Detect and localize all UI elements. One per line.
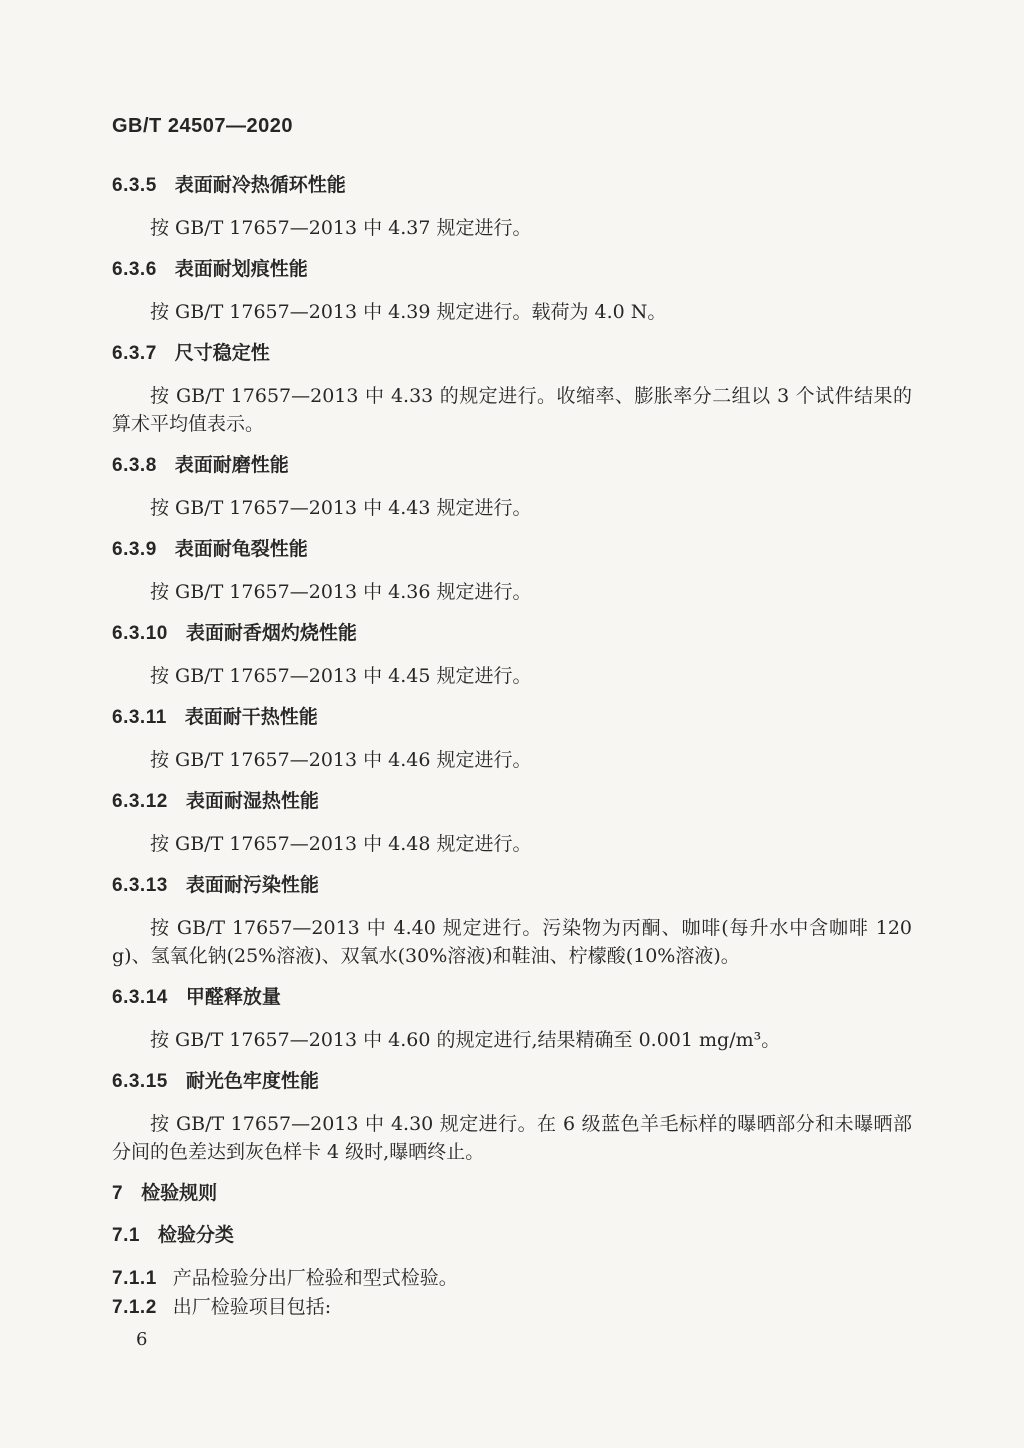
clause-6-3-7: 6.3.7尺寸稳定性 按 GB/T 17657—2013 中 4.33 的规定进… bbox=[112, 340, 912, 438]
clause-6-3-6: 6.3.6表面耐划痕性能 按 GB/T 17657—2013 中 4.39 规定… bbox=[112, 256, 912, 326]
standard-document-page: GB/T 24507—2020 6.3.5表面耐冷热循环性能 按 GB/T 17… bbox=[0, 0, 1024, 1448]
clause-paragraph: 按 GB/T 17657—2013 中 4.48 规定进行。 bbox=[112, 830, 912, 858]
clause-6-3-11: 6.3.11表面耐干热性能 按 GB/T 17657—2013 中 4.46 规… bbox=[112, 704, 912, 774]
clause-heading: 6.3.6表面耐划痕性能 bbox=[112, 256, 912, 284]
clause-paragraph: 按 GB/T 17657—2013 中 4.43 规定进行。 bbox=[112, 494, 912, 522]
clause-paragraph: 按 GB/T 17657—2013 中 4.39 规定进行。载荷为 4.0 N。 bbox=[112, 298, 912, 326]
clause-paragraph: 按 GB/T 17657—2013 中 4.46 规定进行。 bbox=[112, 746, 912, 774]
clause-heading: 6.3.7尺寸稳定性 bbox=[112, 340, 912, 368]
clause-title: 尺寸稳定性 bbox=[175, 343, 270, 364]
clause-title: 耐光色牢度性能 bbox=[186, 1071, 319, 1092]
clause-paragraph: 按 GB/T 17657—2013 中 4.36 规定进行。 bbox=[112, 578, 912, 606]
item-number: 7.1.1 bbox=[112, 1268, 157, 1289]
clause-heading: 6.3.5表面耐冷热循环性能 bbox=[112, 172, 912, 200]
chapter-heading: 7检验规则 bbox=[112, 1180, 912, 1208]
clause-title: 甲醛释放量 bbox=[186, 987, 281, 1008]
subsection-title: 检验分类 bbox=[158, 1225, 234, 1246]
clause-paragraph: 按 GB/T 17657—2013 中 4.60 的规定进行,结果精确至 0.0… bbox=[112, 1026, 912, 1054]
clause-6-3-8: 6.3.8表面耐磨性能 按 GB/T 17657—2013 中 4.43 规定进… bbox=[112, 452, 912, 522]
clause-title: 表面耐污染性能 bbox=[186, 875, 319, 896]
clause-number: 6.3.5 bbox=[112, 175, 157, 196]
clause-heading: 6.3.9表面耐龟裂性能 bbox=[112, 536, 912, 564]
clause-paragraph: 按 GB/T 17657—2013 中 4.45 规定进行。 bbox=[112, 662, 912, 690]
item-text: 产品检验分出厂检验和型式检验。 bbox=[173, 1267, 458, 1289]
clause-title: 表面耐湿热性能 bbox=[186, 791, 319, 812]
clause-heading: 6.3.8表面耐磨性能 bbox=[112, 452, 912, 480]
clause-heading: 6.3.12表面耐湿热性能 bbox=[112, 788, 912, 816]
clause-heading: 6.3.10表面耐香烟灼烧性能 bbox=[112, 620, 912, 648]
clause-title: 表面耐香烟灼烧性能 bbox=[186, 623, 357, 644]
clause-6-3-12: 6.3.12表面耐湿热性能 按 GB/T 17657—2013 中 4.48 规… bbox=[112, 788, 912, 858]
clause-number: 6.3.14 bbox=[112, 987, 168, 1008]
clause-title: 表面耐划痕性能 bbox=[175, 259, 308, 280]
page-number: 6 bbox=[136, 1326, 912, 1354]
clause-heading: 6.3.15耐光色牢度性能 bbox=[112, 1068, 912, 1096]
subsection-number: 7.1 bbox=[112, 1225, 140, 1246]
chapter-number: 7 bbox=[112, 1183, 123, 1204]
clause-heading: 6.3.11表面耐干热性能 bbox=[112, 704, 912, 732]
clause-title: 表面耐磨性能 bbox=[175, 455, 289, 476]
clause-item-7-1-1: 7.1.1产品检验分出厂检验和型式检验。 bbox=[112, 1264, 912, 1293]
clause-number: 6.3.13 bbox=[112, 875, 168, 896]
clause-heading: 6.3.13表面耐污染性能 bbox=[112, 872, 912, 900]
clause-paragraph: 按 GB/T 17657—2013 中 4.30 规定进行。在 6 级蓝色羊毛标… bbox=[112, 1110, 912, 1166]
clause-6-3-13: 6.3.13表面耐污染性能 按 GB/T 17657—2013 中 4.40 规… bbox=[112, 872, 912, 970]
clause-number: 6.3.15 bbox=[112, 1071, 168, 1092]
clause-6-3-10: 6.3.10表面耐香烟灼烧性能 按 GB/T 17657—2013 中 4.45… bbox=[112, 620, 912, 690]
clause-item-7-1-2: 7.1.2出厂检验项目包括: bbox=[112, 1293, 912, 1322]
clause-6-3-15: 6.3.15耐光色牢度性能 按 GB/T 17657—2013 中 4.30 规… bbox=[112, 1068, 912, 1166]
clause-6-3-14: 6.3.14甲醛释放量 按 GB/T 17657—2013 中 4.60 的规定… bbox=[112, 984, 912, 1054]
clause-number: 6.3.7 bbox=[112, 343, 157, 364]
clause-number: 6.3.9 bbox=[112, 539, 157, 560]
clause-paragraph: 按 GB/T 17657—2013 中 4.40 规定进行。污染物为丙酮、咖啡(… bbox=[112, 914, 912, 970]
clause-paragraph: 按 GB/T 17657—2013 中 4.33 的规定进行。收缩率、膨胀率分二… bbox=[112, 382, 912, 438]
item-number: 7.1.2 bbox=[112, 1297, 157, 1318]
clause-number: 6.3.12 bbox=[112, 791, 168, 812]
clause-number: 6.3.11 bbox=[112, 707, 167, 728]
clause-paragraph: 按 GB/T 17657—2013 中 4.37 规定进行。 bbox=[112, 214, 912, 242]
clause-6-3-5: 6.3.5表面耐冷热循环性能 按 GB/T 17657—2013 中 4.37 … bbox=[112, 172, 912, 242]
clause-number: 6.3.6 bbox=[112, 259, 157, 280]
chapter-7: 7检验规则 bbox=[112, 1180, 912, 1208]
clause-title: 表面耐冷热循环性能 bbox=[175, 175, 346, 196]
clause-title: 表面耐干热性能 bbox=[185, 707, 318, 728]
subsection-7-1: 7.1检验分类 bbox=[112, 1222, 912, 1250]
subsection-heading: 7.1检验分类 bbox=[112, 1222, 912, 1250]
clause-number: 6.3.10 bbox=[112, 623, 168, 644]
clause-heading: 6.3.14甲醛释放量 bbox=[112, 984, 912, 1012]
clause-number: 6.3.8 bbox=[112, 455, 157, 476]
document-header: GB/T 24507—2020 bbox=[112, 112, 912, 140]
chapter-title: 检验规则 bbox=[141, 1183, 217, 1204]
item-text: 出厂检验项目包括: bbox=[173, 1296, 331, 1318]
clause-6-3-9: 6.3.9表面耐龟裂性能 按 GB/T 17657—2013 中 4.36 规定… bbox=[112, 536, 912, 606]
clause-title: 表面耐龟裂性能 bbox=[175, 539, 308, 560]
